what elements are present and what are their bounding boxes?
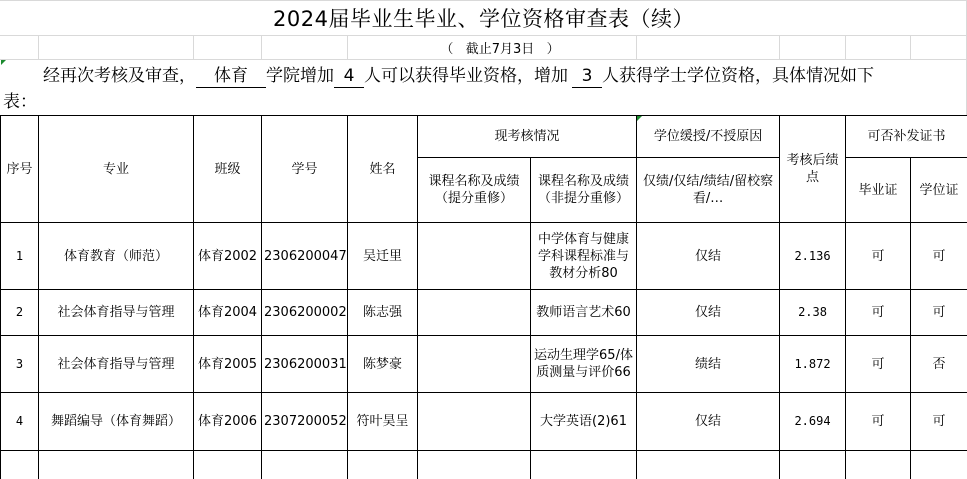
cell-student-id[interactable]: 2307200052 — [262, 393, 348, 451]
cell-gpa[interactable]: 2.694 — [780, 393, 846, 451]
cell-seq[interactable]: 2 — [1, 290, 39, 336]
cell-major[interactable]: 体育教育（师范） — [39, 223, 194, 290]
header-major[interactable]: 专业 — [39, 116, 194, 223]
cell-seq[interactable]: 4 — [1, 393, 39, 451]
empty-cell[interactable] — [418, 451, 531, 479]
header-course-improve[interactable]: 课程名称及成绩（提分重修） — [418, 158, 531, 223]
header-seq[interactable]: 序号 — [1, 116, 39, 223]
empty-cell[interactable] — [780, 451, 846, 479]
college-blank: 体育 — [196, 65, 266, 88]
cell-grad-cert[interactable]: 可 — [846, 290, 911, 336]
empty-cell[interactable] — [194, 451, 262, 479]
cell-course-nonimprove[interactable]: 教师语言艺术60 — [531, 290, 637, 336]
cell-course-improve[interactable] — [418, 290, 531, 336]
cell-student-id[interactable]: 2306200047 — [262, 223, 348, 290]
empty-cell[interactable] — [262, 451, 348, 479]
header-course-nonimprove[interactable]: 课程名称及成绩（非提分重修） — [531, 158, 637, 223]
cell-course-nonimprove[interactable]: 中学体育与健康学科课程标准与教材分析80 — [531, 223, 637, 290]
empty-cell[interactable] — [39, 451, 194, 479]
cell-grad-cert[interactable]: 可 — [846, 336, 911, 393]
cell-degree-cert[interactable]: 否 — [911, 336, 967, 393]
cell-major[interactable]: 舞蹈编导（体育舞蹈） — [39, 393, 194, 451]
header-reissue-group[interactable]: 可否补发证书 — [846, 116, 967, 158]
cell-course-improve[interactable] — [418, 223, 531, 290]
cell-name[interactable]: 陈梦豪 — [348, 336, 418, 393]
review-table: 序号 专业 班级 学号 姓名 现考核情况 学位缓授/不授原因 考核后绩点 可否补… — [0, 115, 967, 479]
table-row: 1 体育教育（师范） 体育2002 2306200047 吴迁里 中学体育与健康… — [1, 223, 967, 290]
table-row: 2 社会体育指导与管理 体育2004 2306200002 陈志强 教师语言艺术… — [1, 290, 967, 336]
empty-cell[interactable] — [846, 451, 911, 479]
table-row: 4 舞蹈编导（体育舞蹈） 体育2006 2307200052 符叶昊呈 大学英语… — [1, 393, 967, 451]
cell-name[interactable]: 吴迁里 — [348, 223, 418, 290]
graduation-count: 4 — [334, 65, 364, 88]
comment-indicator — [637, 116, 642, 121]
cell-major[interactable]: 社会体育指导与管理 — [39, 290, 194, 336]
cell-course-improve[interactable] — [418, 393, 531, 451]
header-degree-reason-group[interactable]: 学位缓授/不授原因 — [637, 116, 780, 158]
empty-cell[interactable] — [911, 451, 967, 479]
table-row-empty — [1, 451, 967, 479]
gridline — [845, 35, 846, 59]
para-mid1: 学院增加 — [266, 66, 334, 86]
cell-class[interactable]: 体育2004 — [194, 290, 262, 336]
cell-degree-cert[interactable]: 可 — [911, 393, 967, 451]
header-grad-cert[interactable]: 毕业证 — [846, 158, 911, 223]
cell-name[interactable]: 陈志强 — [348, 290, 418, 336]
header-gpa-after[interactable]: 考核后绩点 — [780, 116, 846, 223]
cell-name[interactable]: 符叶昊呈 — [348, 393, 418, 451]
cell-degree-cert[interactable]: 可 — [911, 223, 967, 290]
cell-gpa[interactable]: 2.38 — [780, 290, 846, 336]
para-mid2: 人可以获得毕业资格，增加 — [364, 66, 568, 86]
cell-degree-cert[interactable]: 可 — [911, 290, 967, 336]
cell-course-nonimprove[interactable]: 大学英语(2)61 — [531, 393, 637, 451]
header-degree-cert[interactable]: 学位证 — [911, 158, 967, 223]
para-prefix: 经再次考核及审查， — [43, 66, 196, 86]
sheet-title[interactable]: 2024届毕业生毕业、学位资格审查表（续） — [0, 0, 967, 35]
summary-paragraph[interactable]: 经再次考核及审查，体育学院增加4人可以获得毕业资格，增加3人获得学士学位资格，具… — [0, 59, 967, 115]
gridline — [38, 35, 39, 59]
empty-cell[interactable] — [637, 451, 780, 479]
cell-reason[interactable]: 仅结 — [637, 290, 780, 336]
gridline — [636, 35, 637, 59]
cutoff-date[interactable]: （ 截止7月3日 ） — [400, 35, 600, 59]
header-class[interactable]: 班级 — [194, 116, 262, 223]
cell-class[interactable]: 体育2005 — [194, 336, 262, 393]
gridline — [261, 35, 262, 59]
header-name[interactable]: 姓名 — [348, 116, 418, 223]
cell-grad-cert[interactable]: 可 — [846, 393, 911, 451]
header-student-id[interactable]: 学号 — [262, 116, 348, 223]
cell-reason[interactable]: 仅结 — [637, 393, 780, 451]
empty-cell[interactable] — [1, 451, 39, 479]
cell-gpa[interactable]: 1.872 — [780, 336, 846, 393]
cell-student-id[interactable]: 2306200031 — [262, 336, 348, 393]
cell-class[interactable]: 体育2006 — [194, 393, 262, 451]
gridline — [193, 35, 194, 59]
cell-course-nonimprove[interactable]: 运动生理学65/体质测量与评价66 — [531, 336, 637, 393]
cell-course-improve[interactable] — [418, 336, 531, 393]
cell-reason[interactable]: 仅结 — [637, 223, 780, 290]
cell-class[interactable]: 体育2002 — [194, 223, 262, 290]
cell-grad-cert[interactable]: 可 — [846, 223, 911, 290]
header-degree-reason[interactable]: 仅绩/仅结/绩结/留校察看/… — [637, 158, 780, 223]
table-row: 3 社会体育指导与管理 体育2005 2306200031 陈梦豪 运动生理学6… — [1, 336, 967, 393]
para-suffix: 人获得学士学位资格，具体情况如下 — [602, 66, 874, 86]
cell-student-id[interactable]: 2306200002 — [262, 290, 348, 336]
cell-reason[interactable]: 绩结 — [637, 336, 780, 393]
gridline — [779, 35, 780, 59]
empty-cell[interactable] — [531, 451, 637, 479]
para-line2: 表： — [3, 89, 37, 115]
empty-cell[interactable] — [348, 451, 418, 479]
cell-seq[interactable]: 3 — [1, 336, 39, 393]
gridline — [347, 35, 348, 59]
spreadsheet: 2024届毕业生毕业、学位资格审查表（续） （ 截止7月3日 ） 经再次考核及审… — [0, 0, 967, 479]
cell-gpa[interactable]: 2.136 — [780, 223, 846, 290]
cell-major[interactable]: 社会体育指导与管理 — [39, 336, 194, 393]
gridline — [910, 35, 911, 59]
cell-seq[interactable]: 1 — [1, 223, 39, 290]
degree-count: 3 — [572, 65, 602, 88]
header-current-review[interactable]: 现考核情况 — [418, 116, 637, 158]
